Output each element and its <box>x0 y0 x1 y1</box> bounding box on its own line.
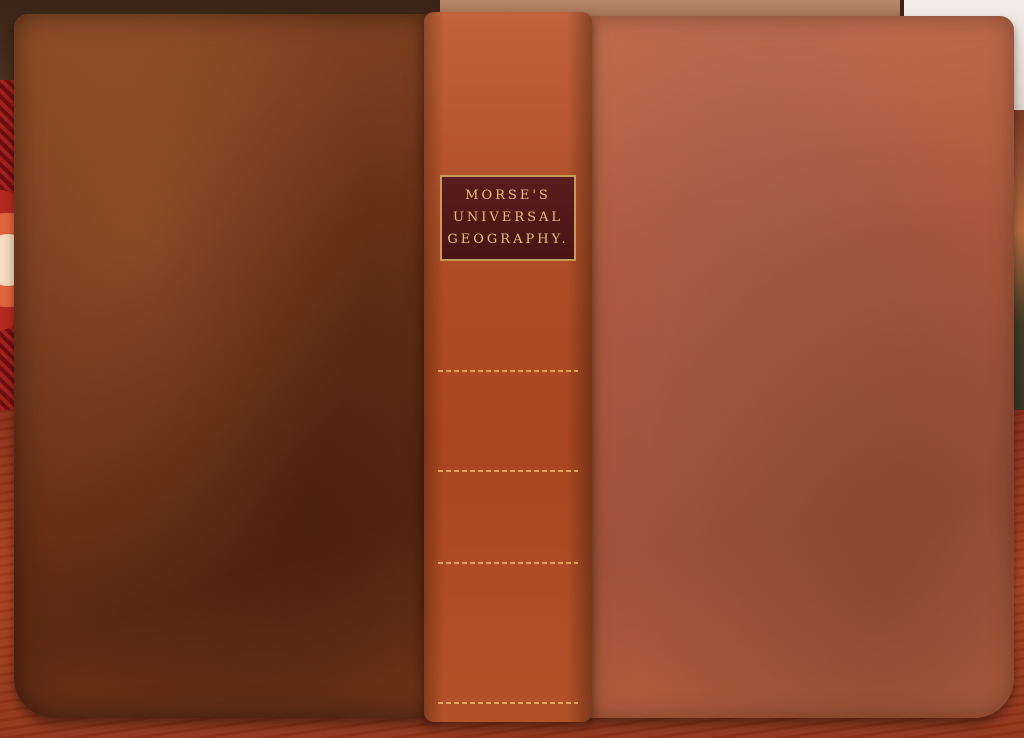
book-front-cover <box>586 16 1014 718</box>
spine-title-line-3: GEOGRAPHY. <box>447 229 568 251</box>
spine-gilt-band <box>438 470 578 472</box>
spine-title-line-1: MORSE'S <box>465 185 551 207</box>
spine-title-line-2: UNIVERSAL <box>453 207 563 229</box>
spine-gilt-band <box>438 370 578 372</box>
spine-gilt-band <box>438 702 578 704</box>
book: MORSE'S UNIVERSAL GEOGRAPHY. <box>0 0 1024 738</box>
spine-title-label: MORSE'S UNIVERSAL GEOGRAPHY. <box>440 175 576 261</box>
spine-gilt-band <box>438 562 578 564</box>
book-spine: MORSE'S UNIVERSAL GEOGRAPHY. <box>424 12 592 722</box>
book-back-cover <box>14 14 434 718</box>
